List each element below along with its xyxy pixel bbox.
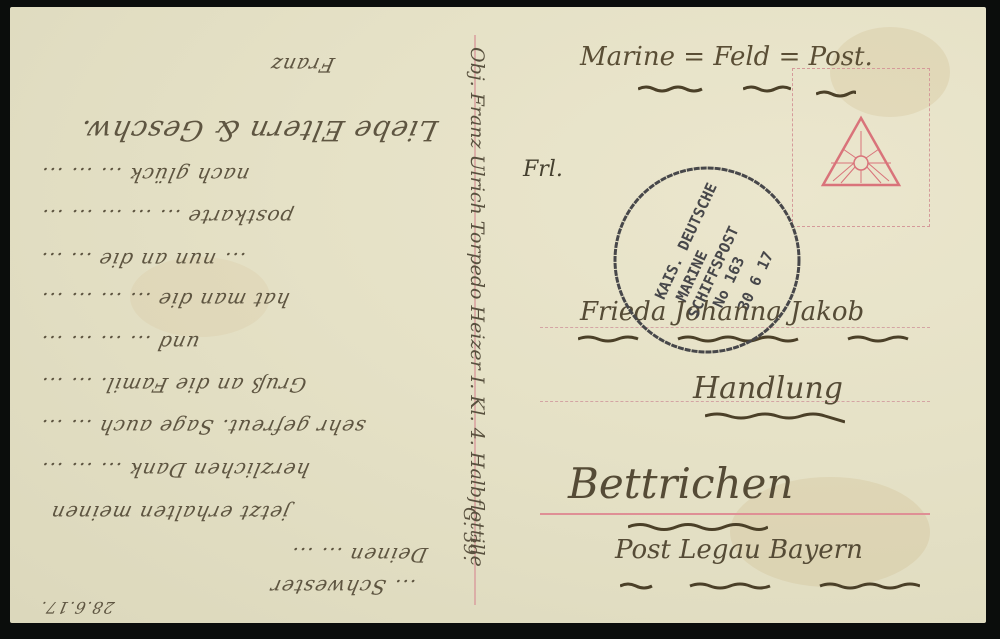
message-line: und ... ... ... ... — [37, 331, 201, 355]
underline-squiggle — [705, 412, 845, 424]
header-separator: = — [683, 42, 705, 72]
message-line: Deinen ... ... — [287, 543, 429, 567]
underline-squiggle — [620, 582, 920, 590]
handwritten-message: 28.6.17. ... Schwester Deinen ... ... je… — [40, 27, 440, 617]
salutation: Frl. — [523, 157, 563, 182]
recipient-line2: Handlung — [693, 371, 843, 406]
recipient-town: Bettrichen — [568, 459, 793, 508]
marine-emblem-triangle-icon — [793, 69, 929, 226]
message-line: jetzt erhalten meinen — [47, 501, 291, 525]
message-line: ... Schwester — [267, 575, 417, 599]
underline-squiggle — [628, 522, 768, 532]
sender-number: G. 39. — [459, 507, 480, 561]
message-line: ... nun an die ... ... — [37, 248, 248, 272]
schiffspost-postmark: KAIS. DEUTSCHE MARINE SCHIFFSPOST No 163… — [607, 160, 807, 360]
message-line: hat man die ... ... ... ... — [37, 288, 291, 312]
sender-address: Obj. Franz Ulrich Torpedo Heizer I. Kl. … — [466, 47, 488, 567]
header-word-feld: Feld — [713, 42, 770, 72]
message-line: sehr gefreut. Sage auch ... ... — [37, 415, 367, 439]
message-line: Gruß an die Famil. ... ... — [37, 373, 308, 397]
underline-squiggle — [743, 85, 791, 93]
message-line: Liebe Eltern & Geschw. — [76, 114, 440, 147]
message-line: postkarte ... ... ... ... ... — [37, 205, 295, 229]
message-line: 28.6.17. — [38, 598, 116, 617]
message-line: nach glück ... ... ... — [37, 163, 251, 187]
postcard: 28.6.17. ... Schwester Deinen ... ... je… — [10, 7, 986, 623]
message-line: Franz — [267, 53, 336, 77]
message-line: herzlichen Dank ... ... ... — [37, 458, 311, 482]
stamp-area — [792, 68, 930, 227]
header-word-marine: Marine — [580, 42, 675, 72]
address-guide-line — [540, 513, 930, 515]
recipient-region: Post Legau Bayern — [615, 535, 863, 565]
underline-squiggle — [638, 85, 703, 93]
